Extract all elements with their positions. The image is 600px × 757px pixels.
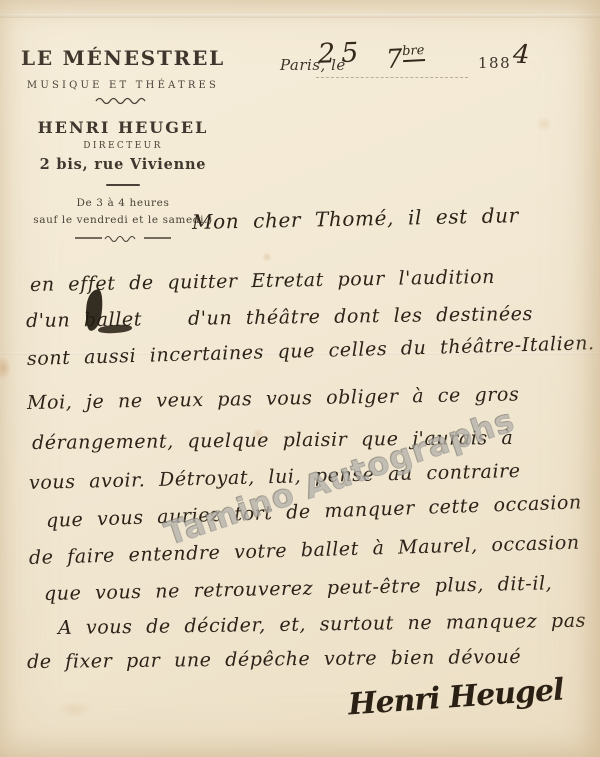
handwritten-line-10: que vous ne retrouverez peut-être plus, … [44, 572, 553, 605]
dateline-dashed-underline [316, 77, 468, 78]
handwritten-line-8: que vous auriez tort de manquer cette oc… [46, 491, 583, 532]
printed-year-prefix: 188 [478, 54, 511, 72]
handwritten-line-1: Mon cher Thomé, il est dur [192, 203, 519, 234]
signature: Henri Heugel [347, 673, 565, 723]
handwritten-line-5: Moi, je ne veux pas vous obliger à ce gr… [27, 383, 520, 414]
handwritten-day: 25 [317, 37, 364, 70]
paper-stain [262, 252, 272, 262]
dash-squiggle-ornament [75, 233, 171, 243]
handwritten-line-12: de fixer par une dépêche votre bien dévo… [27, 646, 521, 673]
handwritten-line-11: A vous de décider, et, surtout ne manque… [58, 610, 586, 639]
handwritten-month: 7bre [385, 43, 425, 75]
paper-stain [536, 116, 552, 132]
scanned-letter-page: LE MÉNESTREL MUSIQUE ET THÉATRES HENRI H… [0, 0, 600, 757]
letterhead-address: 2 bis, rue Vivienne [16, 156, 230, 173]
director-name: HENRI HEUGEL [16, 118, 230, 137]
month-suffix-superscript: bre [402, 43, 425, 62]
scratched-word-gap [142, 325, 188, 326]
short-rule [106, 184, 140, 186]
handwritten-line-7: vous avoir. Détroyat, lui, pense au cont… [29, 460, 521, 494]
director-title: DIRECTEUR [16, 141, 230, 151]
handwritten-line-6: dérangement, quelque plaisir que j'aurai… [32, 427, 514, 454]
wavy-rule-ornament [94, 96, 152, 105]
masthead-title: LE MÉNESTREL [16, 46, 230, 70]
visiting-hours: De 3 à 4 heures [16, 197, 230, 209]
handwritten-line-9: de faire entendre votre ballet à Maurel,… [29, 532, 580, 569]
handwritten-line-4: sont aussi incertaines que celles du thé… [27, 332, 595, 370]
masthead-subtitle: MUSIQUE ET THÉATRES [16, 80, 230, 91]
paper-stain [58, 700, 92, 718]
paper-fold-crease-top [0, 14, 600, 18]
paper-stain [0, 356, 11, 380]
dateline: Paris, le 25 7bre 188 4 [270, 40, 590, 90]
handwritten-year-digit: 4 [512, 40, 530, 71]
